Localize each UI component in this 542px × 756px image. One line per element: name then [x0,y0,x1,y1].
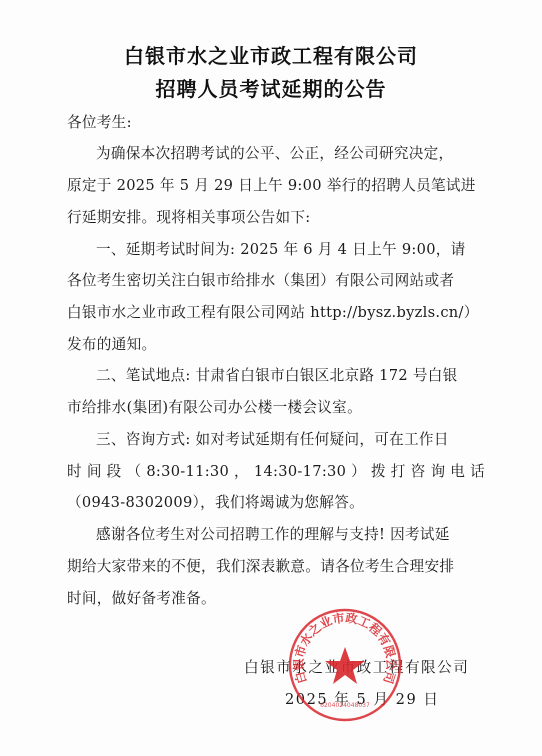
paragraph-time-website-line: 白银市水之业市政工程有限公司网站 http://bysz.byzls.cn/） [67,301,479,322]
svg-text:6204024048037: 6204024048037 [320,702,370,709]
paragraph-location-line: 市给排水(集团)有限公司办公楼一楼会议室。 [67,396,362,417]
paragraph-intro-line: 为确保本次招聘考试的公平、公正，经公司研究决定， [96,142,453,163]
paragraph-contact-line: 三、咨询方式: 如对考试延期有任何疑问，可在工作日 [96,428,449,449]
title-announcement: 招聘人员考试延期的公告 [0,73,542,102]
paragraph-time-line: 发布的通知。 [67,333,156,354]
company-seal-icon: 白银市水之业市政工程有限公司 6204024048037 [287,607,403,723]
paragraph-intro-line: 行延期安排。现将相关事项公告如下: [67,206,311,227]
paragraph-location-line: 二、笔试地点: 甘肃省白银市白银区北京路 172 号白银 [96,364,458,385]
paragraph-closing-line: 期给大家带来的不便，我们深表歉意。请各位考生合理安排 [67,555,454,576]
paragraph-time-line: 一、延期考试时间为: 2025 年 6 月 4 日上午 9:00，请 [96,238,466,259]
title-company: 白银市水之业市政工程有限公司 [0,40,542,69]
paragraph-contact-hours-line: 时 间 段 （ 8:30-11:30 ， 14:30-17:30 ） 拨 打 咨… [67,460,485,481]
paragraph-closing-line: 时间，做好备考准备。 [67,587,216,608]
announcement-page: 白银市水之业市政工程有限公司 招聘人员考试延期的公告 各位考生: 为确保本次招聘… [0,0,542,756]
paragraph-contact-phone-line: （0943-8302009），我们将竭诚为您解答。 [67,491,364,512]
salutation: 各位考生: [67,111,132,132]
paragraph-intro-line: 原定于 2025 年 5 月 29 日上午 9:00 举行的招聘人员笔试进 [67,174,476,195]
paragraph-time-line: 各位考生密切关注白银市给排水（集团）有限公司网站或者 [67,269,454,290]
paragraph-closing-line: 感谢各位考生对公司招聘工作的理解与支持! 因考试延 [96,523,450,544]
